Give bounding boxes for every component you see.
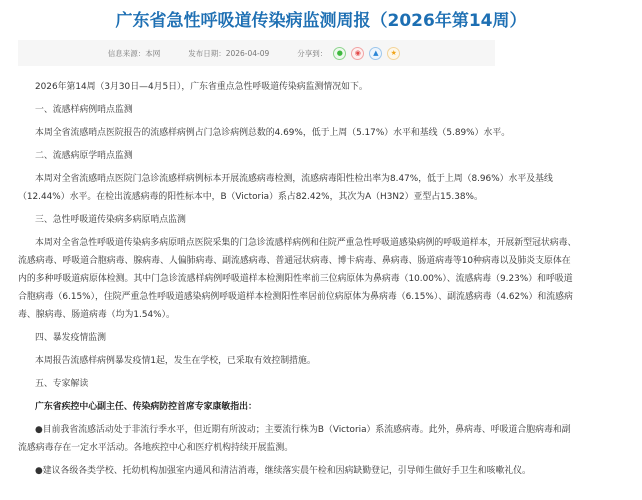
section-heading-3: 三、急性呼吸道传染病多病原哨点监测 (35, 211, 578, 229)
wechat-share-icon[interactable]: ● (333, 47, 346, 60)
article-body: 2026年第14周（3月30日—4月5日），广东省重点急性呼吸道传染病监测情况如… (18, 78, 578, 480)
section-heading-5: 五、专家解读 (35, 375, 578, 393)
source-info: 信息来源：本网 (108, 48, 161, 59)
section-heading-1: 一、流感样病例哨点监测 (35, 101, 578, 119)
expert-lead: 广东省疾控中心副主任、传染病防控首席专家康敏指出： (35, 398, 578, 416)
share-label: 分享到： (297, 48, 327, 59)
share-bar: 分享到： ● ◉ ▲ ★ (297, 47, 405, 60)
article-title: 广东省急性呼吸道传染病监测周报（2026年第14周） (0, 6, 642, 31)
expert-bullet-2: ●建议各级各类学校、托幼机构加强室内通风和清洁消毒，继续落实晨午检和因病缺勤登记… (18, 462, 578, 480)
intro-paragraph: 2026年第14周（3月30日—4月5日），广东省重点急性呼吸道传染病监测情况如… (35, 78, 578, 96)
qq-share-icon[interactable]: ▲ (369, 47, 382, 60)
favorite-share-icon[interactable]: ★ (387, 47, 400, 60)
section-body-3: 本周对全省急性呼吸道传染病多病原哨点医院采集的门急诊流感样病例和住院严重急性呼吸… (18, 234, 578, 324)
expert-bullet-1: ●目前我省流感活动处于非流行季水平，但近期有所波动；主要流行株为B（Victor… (18, 421, 578, 457)
section-body-4: 本周报告流感样病例暴发疫情1起，发生在学校，已采取有效控制措施。 (35, 352, 578, 370)
section-heading-4: 四、暴发疫情监测 (35, 329, 578, 347)
section-body-2: 本周对全省流感哨点医院门急诊流感样病例标本开展流感病毒检测，流感病毒阳性检出率为… (18, 170, 578, 206)
section-heading-2: 二、流感病原学哨点监测 (35, 147, 578, 165)
weibo-share-icon[interactable]: ◉ (351, 47, 364, 60)
section-body-1: 本周全省流感哨点医院报告的流感样病例占门急诊病例总数的4.69%，低于上周（5.… (35, 124, 578, 142)
article-meta-bar: 信息来源：本网 发布日期：2026-04-09 分享到： ● ◉ ▲ ★ (18, 40, 495, 66)
publish-date: 发布日期：2026-04-09 (188, 48, 269, 59)
